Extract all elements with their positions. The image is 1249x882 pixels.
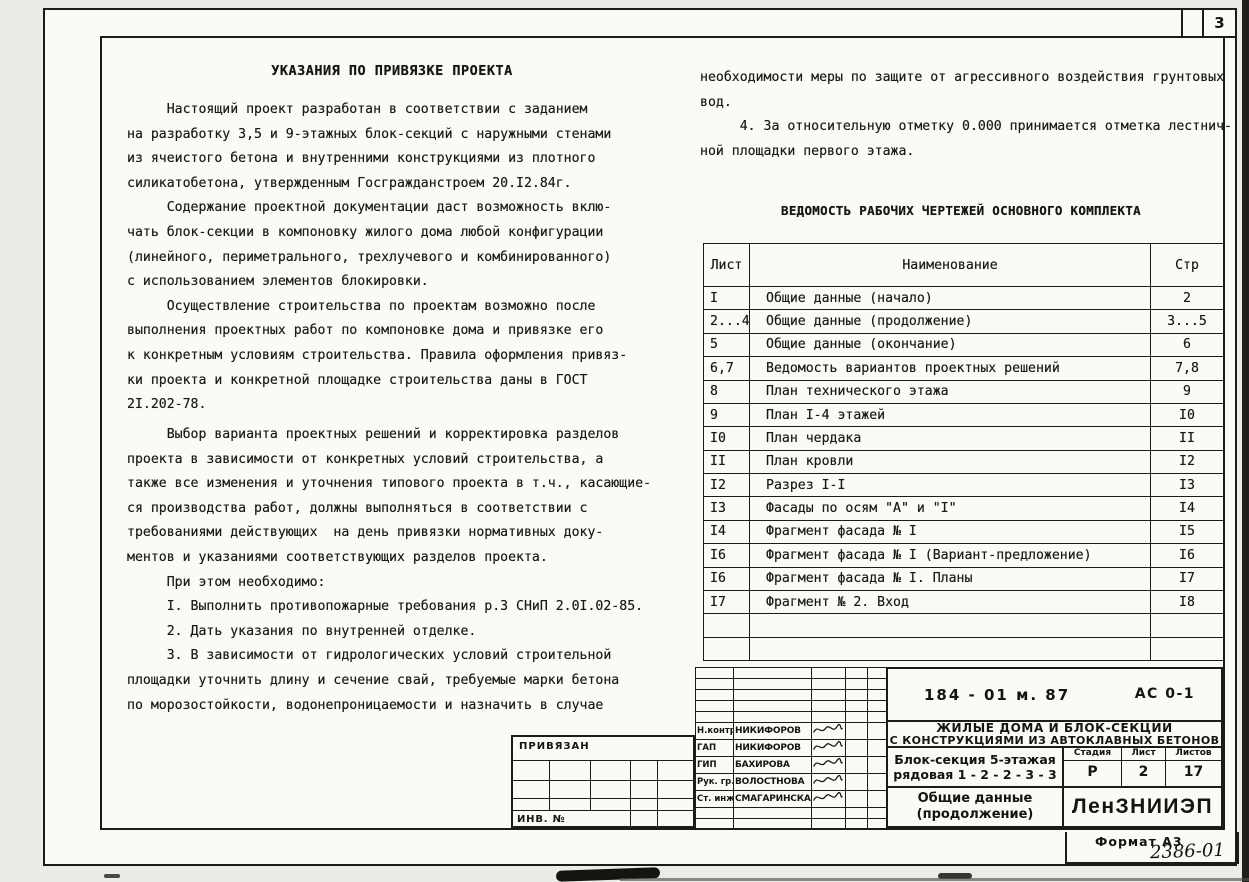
page-cell: I0: [1151, 403, 1224, 426]
stamp-cell: [513, 761, 549, 780]
empty-cell: [696, 712, 734, 723]
table-row: 9План I-4 этажейI0: [704, 403, 1224, 426]
set-code: АС 0-1: [1135, 686, 1195, 702]
instructions-title: УКАЗАНИЯ ПО ПРИВЯЗКЕ ПРОЕКТА: [127, 63, 657, 79]
sheet-no-cell: I7: [704, 590, 750, 613]
empty-cell: [846, 808, 868, 819]
sheet-title-line2: (продолжение): [888, 807, 1062, 823]
col-header-page: Стр: [1151, 244, 1224, 287]
signature-row: ГАПНИКИФОРОВ: [696, 740, 887, 757]
empty-cell: [846, 712, 868, 723]
table-row: I2Разрез I-II3: [704, 474, 1224, 497]
empty-cell: [868, 701, 887, 712]
sheet-title-line1: Общие данные: [888, 791, 1062, 807]
stage-header: Стадия: [1064, 748, 1122, 760]
empty-cell: [812, 701, 846, 712]
sheet-no-cell: I: [704, 287, 750, 310]
empty-cell: [734, 701, 812, 712]
empty-cell: [734, 690, 812, 701]
empty-cell: [812, 668, 846, 679]
empty-cell: [846, 690, 868, 701]
table-row: 6,7Ведомость вариантов проектных решений…: [704, 357, 1224, 380]
table-row: I6Фрагмент фасада № I (Вариант-предложен…: [704, 544, 1224, 567]
signature-mark: [813, 740, 843, 753]
typed-line: чать блок-секции в компоновку жилого дом…: [127, 221, 627, 246]
stamp-cell: [630, 781, 657, 798]
table-row: 5Общие данные (окончание)6: [704, 333, 1224, 356]
typed-line: требованиями действующих на день привязк…: [127, 521, 651, 546]
empty-cell: [868, 819, 887, 830]
sheet-no-cell: I2: [704, 474, 750, 497]
table-row: 2...4Общие данные (продолжение)3...5: [704, 310, 1224, 333]
typed-line: 2I.202-78.: [127, 393, 627, 418]
empty-cell: [846, 668, 868, 679]
signature-row: ГИПБАХИРОВА: [696, 757, 887, 774]
empty-cell: [846, 679, 868, 690]
instructions-right-column: необходимости меры по защите от агрессив…: [700, 66, 1232, 164]
signature-row-empty: [696, 808, 887, 819]
typed-line: Выбор варианта проектных решений и корре…: [127, 423, 651, 448]
stage-values-row: Р 2 17: [1064, 761, 1221, 786]
page-cell: 3...5: [1151, 310, 1224, 333]
typed-line: необходимости меры по защите от агрессив…: [700, 66, 1232, 91]
signature-mark: [813, 791, 843, 804]
page-cell: I7: [1151, 567, 1224, 590]
sheet-no-cell: 2...4: [704, 310, 750, 333]
name-cell: План I-4 этажей: [750, 403, 1151, 426]
empty-cell: [812, 690, 846, 701]
table-row: IОбщие данные (начало)2: [704, 287, 1224, 310]
stamp-number: 2386-01: [1150, 840, 1225, 864]
scan-edge-streak: [1242, 0, 1249, 882]
empty-cell: [696, 701, 734, 712]
role-cell: Н.контр.: [696, 723, 734, 740]
drawing-frame: УКАЗАНИЯ ПО ПРИВЯЗКЕ ПРОЕКТА Настоящий п…: [100, 36, 1225, 830]
series-line2: С КОНСТРУКЦИЯМИ ИЗ АВТОКЛАВНЫХ БЕТОНОВ: [888, 735, 1221, 746]
sheet-no-cell: II: [704, 450, 750, 473]
typed-line: Содержание проектной документации даст в…: [127, 196, 627, 221]
empty-cell: [812, 679, 846, 690]
sheet-no-cell: I6: [704, 544, 750, 567]
empty-cell: [696, 690, 734, 701]
empty-cell: [1151, 637, 1224, 660]
signature-cell: [812, 757, 846, 774]
typed-line: 2. Дать указания по внутренней отделке.: [127, 620, 651, 645]
scanned-document: { "scan": { "page_number": "3", "format_…: [0, 0, 1249, 882]
signature-mark: [813, 774, 843, 787]
scan-artifact: [104, 874, 120, 878]
name-cell: Общие данные (окончание): [750, 333, 1151, 356]
signature-row-empty: [696, 819, 887, 830]
empty-cell: [846, 791, 868, 808]
format-box: Формат А3 2386-01: [1065, 832, 1239, 864]
stamp-cell: [590, 761, 630, 780]
sheet-no-cell: I4: [704, 520, 750, 543]
empty-cell: [868, 774, 887, 791]
empty-cell: [750, 637, 1151, 660]
name-cell: Фрагмент № 2. Вход: [750, 590, 1151, 613]
role-cell: Ст. инж.: [696, 791, 734, 808]
typed-line: 4. За относительную отметку 0.000 приним…: [700, 115, 1232, 140]
stage-table: Стадия Лист Листов Р 2 17: [1062, 748, 1221, 786]
empty-cell: [734, 808, 812, 819]
empty-cell: [868, 668, 887, 679]
sheets-header: Листов: [1166, 748, 1221, 760]
page-cell: 9: [1151, 380, 1224, 403]
stamp-cell: [590, 781, 630, 798]
page-cell: I8: [1151, 590, 1224, 613]
attached-label: ПРИВЯЗАН: [513, 737, 693, 760]
drawing-list-heading: ВЕДОМОСТЬ РАБОЧИХ ЧЕРТЕЖЕЙ ОСНОВНОГО КОМ…: [700, 203, 1222, 218]
table-row: I4Фрагмент фасада № II5: [704, 520, 1224, 543]
typed-line: проекта в зависимости от конкретных усло…: [127, 448, 651, 473]
sheet-no-cell: I6: [704, 567, 750, 590]
table-row: I0План чердакаII: [704, 427, 1224, 450]
signature-row: Рук. гр.ВОЛОСТНОВА: [696, 774, 887, 791]
stamp-cell: [657, 799, 693, 810]
stamp-cell: [630, 761, 657, 780]
empty-cell: [696, 679, 734, 690]
organization-cell: ЛенЗНИИЭП: [1062, 788, 1221, 826]
sheet-title-and-org-row: Общие данные (продолжение) ЛенЗНИИЭП: [888, 788, 1221, 826]
page-cell: I6: [1151, 544, 1224, 567]
name-cell: Фрагмент фасада № I. Планы: [750, 567, 1151, 590]
instructions-paragraph-2: Выбор варианта проектных решений и корре…: [127, 423, 651, 718]
scan-artifact: [620, 878, 1249, 881]
name-cell: НИКИФОРОВ: [734, 740, 812, 757]
object-and-stage-row: Блок-секция 5-этажая рядовая 1 - 2 - 2 -…: [888, 748, 1221, 788]
inventory-label: ИНВ. №: [513, 811, 630, 826]
typed-line: вод.: [700, 91, 1232, 116]
table-row: I7Фрагмент № 2. ВходI8: [704, 590, 1224, 613]
table-header-row: Лист Наименование Стр: [704, 244, 1224, 287]
signature-cell: [812, 774, 846, 791]
typed-line: силикатобетона, утвержденным Госгражданс…: [127, 172, 627, 197]
role-cell: ГИП: [696, 757, 734, 774]
stamp-cell: [513, 781, 549, 798]
typed-line: на разработку 3,5 и 9-этажных блок-секци…: [127, 123, 627, 148]
stamp-cell: [549, 781, 590, 798]
empty-cell: [812, 712, 846, 723]
table-row: I6Фрагмент фасада № I. ПланыI7: [704, 567, 1224, 590]
sheet-no-cell: 8: [704, 380, 750, 403]
sheet-title-cell: Общие данные (продолжение): [888, 788, 1062, 826]
name-cell: ВОЛОСТНОВА: [734, 774, 812, 791]
typed-line: ся производства работ, должны выполнятьс…: [127, 497, 651, 522]
empty-cell: [846, 819, 868, 830]
empty-cell: [868, 740, 887, 757]
typed-line: При этом необходимо:: [127, 571, 651, 596]
name-cell: Ведомость вариантов проектных решений: [750, 357, 1151, 380]
name-cell: Общие данные (начало): [750, 287, 1151, 310]
object-name-cell: Блок-секция 5-этажая рядовая 1 - 2 - 2 -…: [888, 748, 1062, 786]
stamp-cell: [549, 761, 590, 780]
empty-cell: [812, 808, 846, 819]
object-line1: Блок-секция 5-этажая: [888, 752, 1062, 767]
signature-row: Н.контр.НИКИФОРОВ: [696, 723, 887, 740]
empty-cell: [868, 679, 887, 690]
name-cell: Фрагмент фасада № I (Вариант-предложение…: [750, 544, 1151, 567]
typed-line: ной площадки первого этажа.: [700, 140, 1232, 165]
page-cell: II: [1151, 427, 1224, 450]
empty-cell: [812, 819, 846, 830]
empty-cell: [696, 808, 734, 819]
sheet-header: Лист: [1122, 748, 1166, 760]
empty-cell: [846, 701, 868, 712]
name-cell: БАХИРОВА: [734, 757, 812, 774]
page-number: 3: [1204, 10, 1235, 36]
name-cell: Фрагмент фасада № I: [750, 520, 1151, 543]
col-header-name: Наименование: [750, 244, 1151, 287]
typed-line: 3. В зависимости от гидрологических усло…: [127, 644, 651, 669]
empty-cell: [868, 808, 887, 819]
empty-cell: [868, 723, 887, 740]
empty-cell: [734, 712, 812, 723]
signature-row-empty: [696, 690, 887, 701]
signature-grid: Н.контр.НИКИФОРОВГАПНИКИФОРОВГИПБАХИРОВА…: [695, 667, 887, 830]
stamp-cell: [513, 799, 549, 810]
drawing-list-body: IОбщие данные (начало)22...4Общие данные…: [704, 287, 1224, 661]
signature-mark: [813, 757, 843, 770]
name-cell: Общие данные (продолжение): [750, 310, 1151, 333]
signature-cell: [812, 740, 846, 757]
signature-row-empty: [696, 679, 887, 690]
name-cell: План чердака: [750, 427, 1151, 450]
name-cell: План технического этажа: [750, 380, 1151, 403]
stamp-cell: [630, 799, 657, 810]
organization-name: ЛенЗНИИЭП: [1072, 795, 1213, 819]
empty-cell: [734, 819, 812, 830]
stamp-cell: [657, 781, 693, 798]
name-cell: Фасады по осям "А" и "I": [750, 497, 1151, 520]
typed-line: Осуществление строительства по проектам …: [127, 295, 627, 320]
empty-cell: [1151, 614, 1224, 637]
sheet-no-cell: 6,7: [704, 357, 750, 380]
page-cell: I2: [1151, 450, 1224, 473]
typed-line: к конкретным условиям строительства. Пра…: [127, 344, 627, 369]
name-cell: НИКИФОРОВ: [734, 723, 812, 740]
empty-cell: [846, 740, 868, 757]
page-cell: I4: [1151, 497, 1224, 520]
typed-line: площадки уточнить длину и сечение свай, …: [127, 669, 651, 694]
signature-row-empty: [696, 701, 887, 712]
typed-line: также все изменения и уточнения типового…: [127, 472, 651, 497]
signature-row-empty: [696, 668, 887, 679]
signature-cell: [812, 723, 846, 740]
empty-cell: [704, 637, 750, 660]
sheet-no-cell: I0: [704, 427, 750, 450]
table-row-empty: [704, 614, 1224, 637]
page-number-empty-cell: [1183, 10, 1204, 36]
table-row: I3Фасады по осям "А" и "I"I4: [704, 497, 1224, 520]
object-line2: рядовая 1 - 2 - 2 - 3 - 3: [888, 767, 1062, 782]
sheet-value: 2: [1122, 761, 1166, 786]
empty-cell: [868, 690, 887, 701]
empty-cell: [846, 723, 868, 740]
drawing-list-table: Лист Наименование Стр IОбщие данные (нач…: [703, 243, 1224, 661]
empty-cell: [696, 668, 734, 679]
instructions-paragraph-1: Настоящий проект разработан в соответств…: [127, 98, 627, 418]
typed-line: по морозостойкости, водонепроницаемости …: [127, 694, 651, 719]
attachment-stamp: ПРИВЯЗАН ИНВ. №: [511, 735, 695, 828]
table-row: IIПлан кровлиI2: [704, 450, 1224, 473]
page-cell: 7,8: [1151, 357, 1224, 380]
sheet-no-cell: I3: [704, 497, 750, 520]
sheet-no-cell: 9: [704, 403, 750, 426]
empty-cell: [868, 791, 887, 808]
typed-line: Настоящий проект разработан в соответств…: [127, 98, 627, 123]
stamp-cell: [549, 799, 590, 810]
page-cell: 6: [1151, 333, 1224, 356]
role-cell: ГАП: [696, 740, 734, 757]
page-cell: 2: [1151, 287, 1224, 310]
empty-cell: [846, 774, 868, 791]
typed-line: ки проекта и конкретной площадке строите…: [127, 369, 627, 394]
title-block-main: 184 - 01 м. 87 АС 0-1 ЖИЛЫЕ ДОМА И БЛОК-…: [886, 667, 1223, 828]
table-row: 8План технического этажа9: [704, 380, 1224, 403]
signature-row: Ст. инж.СМАГАРИНСКАЯ: [696, 791, 887, 808]
stamp-cell: [630, 811, 657, 826]
name-cell: План кровли: [750, 450, 1151, 473]
table-row-empty: [704, 637, 1224, 660]
typed-line: ментов и указаниями соответствующих разд…: [127, 546, 651, 571]
page-cell: I3: [1151, 474, 1224, 497]
empty-cell: [868, 712, 887, 723]
stage-header-row: Стадия Лист Листов: [1064, 748, 1221, 761]
project-number: 184 - 01 м. 87: [924, 686, 1070, 704]
typed-line: (линейного, периметрального, трехлучевог…: [127, 246, 627, 271]
empty-cell: [696, 819, 734, 830]
stamp-cell: [590, 799, 630, 810]
empty-cell: [846, 757, 868, 774]
empty-cell: [704, 614, 750, 637]
name-cell: Разрез I-I: [750, 474, 1151, 497]
series-title: ЖИЛЫЕ ДОМА И БЛОК-СЕКЦИИ С КОНСТРУКЦИЯМИ…: [888, 722, 1221, 748]
typed-line: из ячеистого бетона и внутренними констр…: [127, 147, 627, 172]
name-cell: СМАГАРИНСКАЯ: [734, 791, 812, 808]
title-block-number-row: 184 - 01 м. 87 АС 0-1: [888, 669, 1221, 722]
stamp-cell: [657, 811, 693, 826]
page-cell: I5: [1151, 520, 1224, 543]
signature-mark: [813, 723, 843, 736]
page-number-box: 3: [1181, 8, 1237, 38]
empty-cell: [734, 668, 812, 679]
col-header-sheet: Лист: [704, 244, 750, 287]
typed-line: выполнения проектных работ по компоновке…: [127, 319, 627, 344]
stamp-cell: [657, 761, 693, 780]
typed-line: I. Выполнить противопожарные требования …: [127, 595, 651, 620]
typed-line: с использованием элементов блокировки.: [127, 270, 627, 295]
empty-cell: [750, 614, 1151, 637]
role-cell: Рук. гр.: [696, 774, 734, 791]
empty-cell: [868, 757, 887, 774]
sheet-no-cell: 5: [704, 333, 750, 356]
signature-row-empty: [696, 712, 887, 723]
signature-cell: [812, 791, 846, 808]
stage-value: Р: [1064, 761, 1122, 786]
empty-cell: [734, 679, 812, 690]
sheets-value: 17: [1166, 761, 1221, 786]
